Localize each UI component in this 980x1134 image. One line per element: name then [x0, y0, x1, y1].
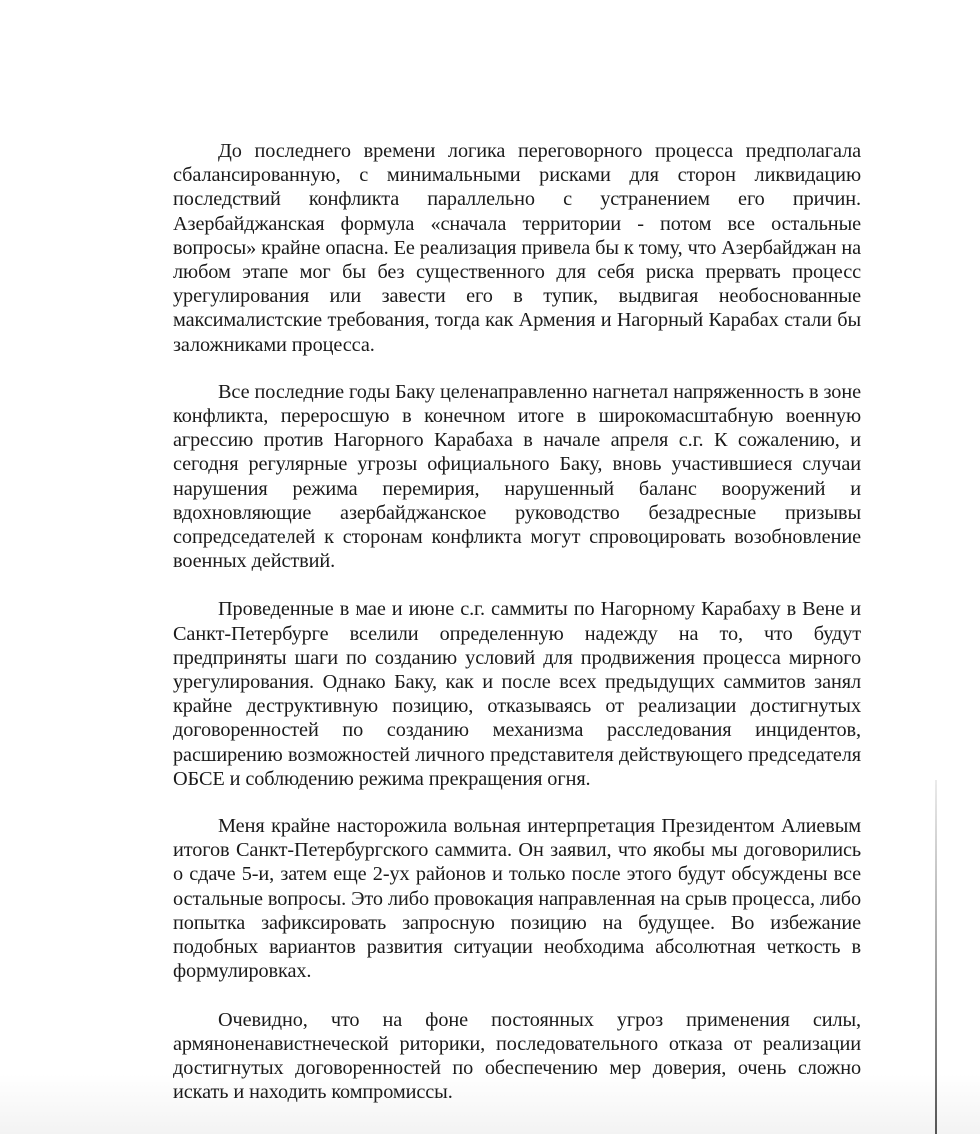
paragraph-1: До последнего времени логика переговорно… [173, 139, 861, 357]
paragraph-2: Все последние годы Баку целенаправленно … [173, 380, 861, 574]
scan-edge-line [935, 780, 937, 1134]
paragraph-3: Проведенные в мае и июне с.г. саммиты по… [173, 597, 861, 791]
document-body: До последнего времени логика переговорно… [173, 139, 861, 1128]
scanned-document-page: До последнего времени логика переговорно… [0, 0, 980, 1134]
paragraph-4: Меня крайне насторожила вольная интерпре… [173, 814, 861, 983]
paragraph-5: Очевидно, что на фоне постоянных угроз п… [173, 1008, 861, 1105]
